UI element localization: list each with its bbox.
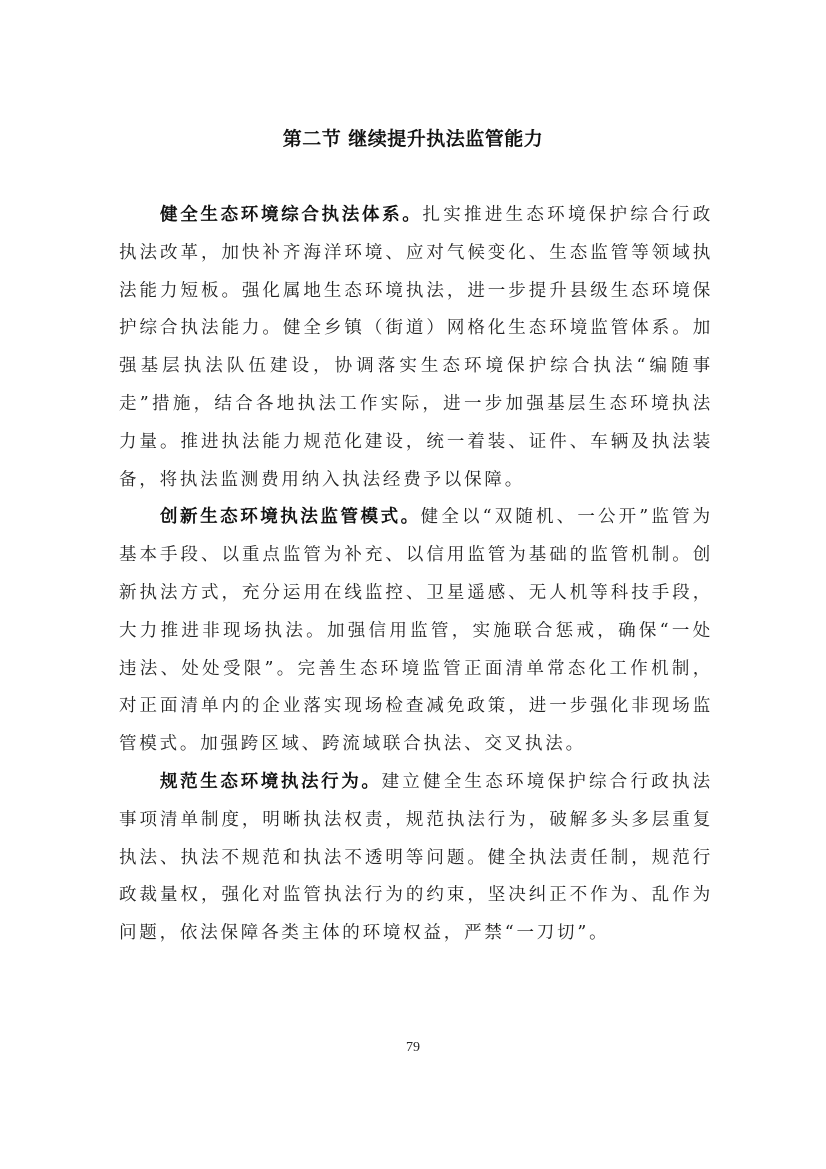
section-title: 第二节 继续提升执法监管能力 xyxy=(0,124,826,151)
paragraph-enforcement-conduct: 规范生态环境执法行为。建立健全生态环境保护综合行政执法事项清单制度，明晰执法权责… xyxy=(119,764,713,953)
paragraph-body: 健全以“双随机、一公开”监管为基本手段、以重点监管为补充、以信用监管为基础的监管… xyxy=(119,507,713,754)
paragraph-body: 建立健全生态环境保护综合行政执法事项清单制度，明晰执法权责，规范执法行为，破解多… xyxy=(119,772,713,943)
body-text: 健全生态环境综合执法体系。扎实推进生态环境保护综合行政执法改革，加快补齐海洋环境… xyxy=(119,197,713,953)
paragraph-enforcement-system: 健全生态环境综合执法体系。扎实推进生态环境保护综合行政执法改革，加快补齐海洋环境… xyxy=(119,197,713,499)
paragraph-lead: 规范生态环境执法行为。 xyxy=(160,772,382,792)
document-page: 第二节 继续提升执法监管能力 健全生态环境综合执法体系。扎实推进生态环境保护综合… xyxy=(0,0,826,1169)
page-number: 79 xyxy=(0,1040,826,1056)
paragraph-lead: 健全生态环境综合执法体系。 xyxy=(160,205,422,225)
paragraph-lead: 创新生态环境执法监管模式。 xyxy=(160,507,421,527)
paragraph-supervision-model: 创新生态环境执法监管模式。健全以“双随机、一公开”监管为基本手段、以重点监管为补… xyxy=(119,499,713,764)
paragraph-body: 扎实推进生态环境保护综合行政执法改革，加快补齐海洋环境、应对气候变化、生态监管等… xyxy=(119,205,713,490)
